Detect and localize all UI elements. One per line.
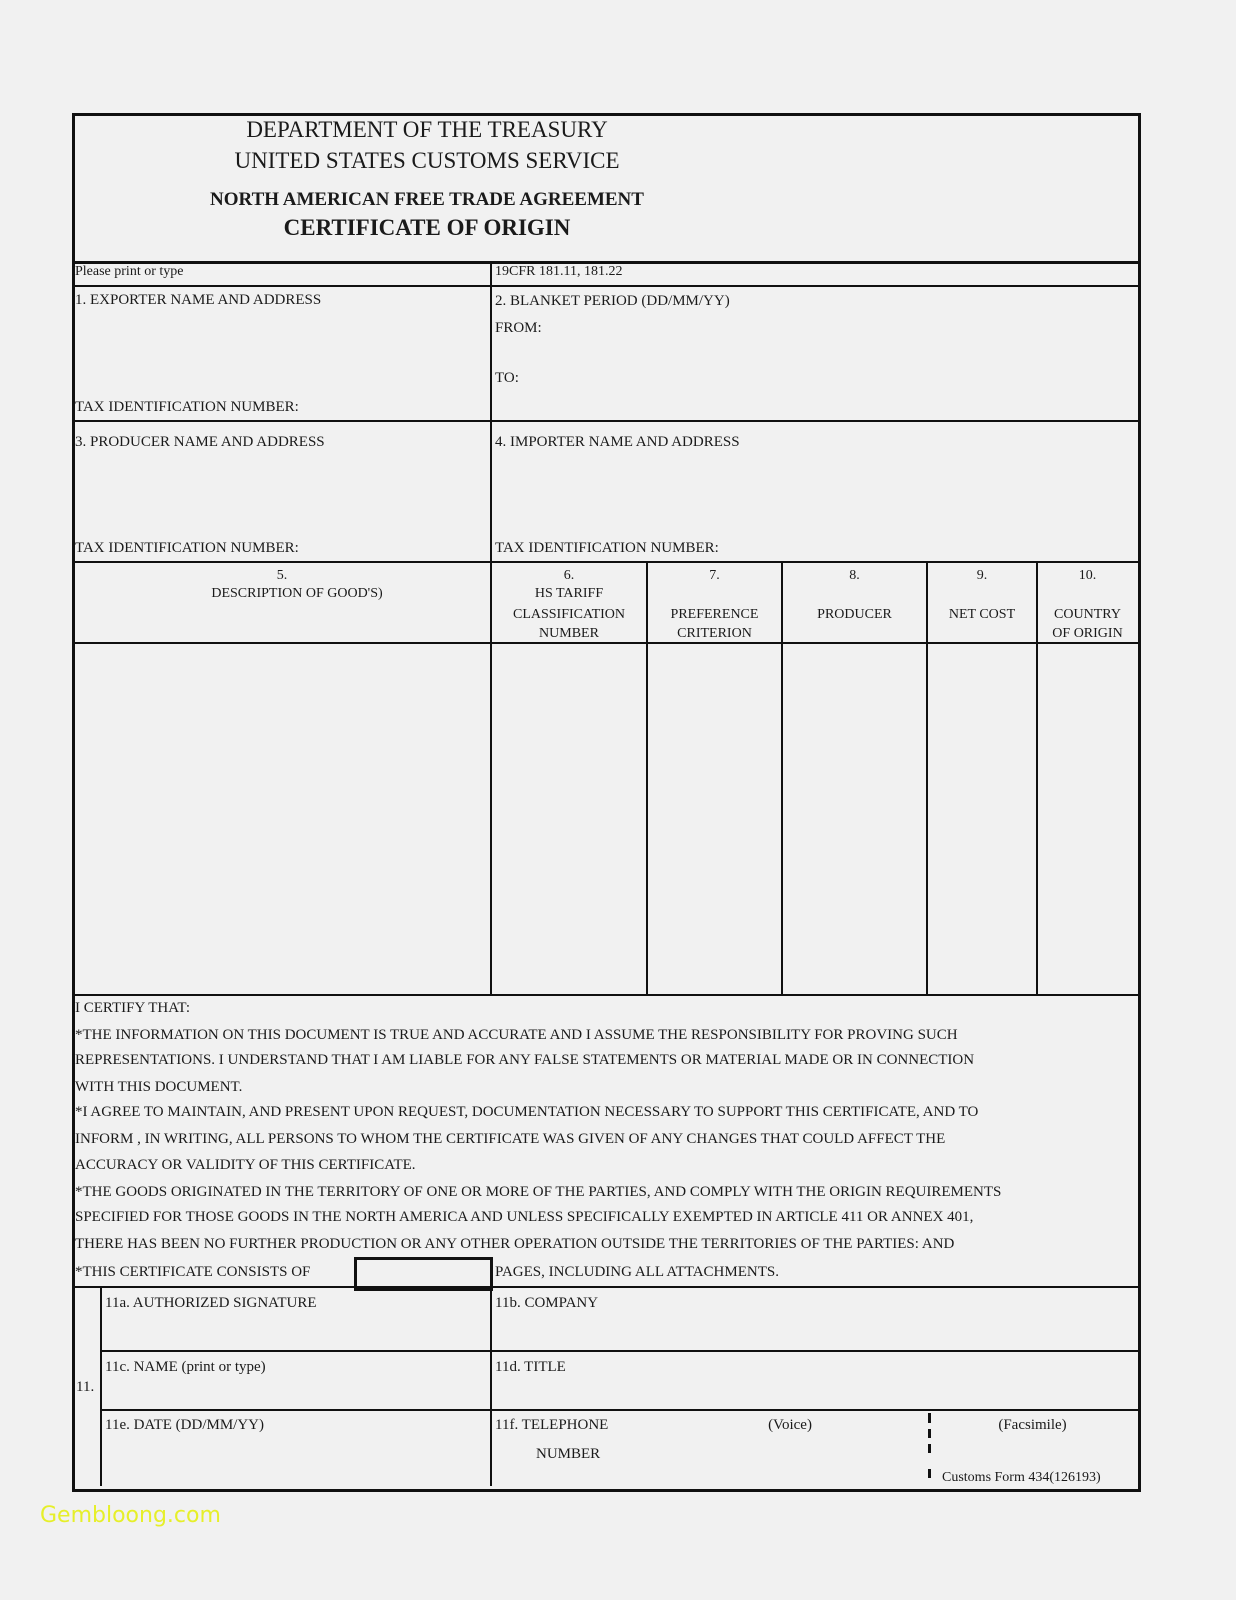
dashed-divider bbox=[928, 1469, 931, 1478]
col-6-label-3: NUMBER bbox=[492, 627, 646, 641]
exporter-label: 1. EXPORTER NAME AND ADDRESS bbox=[75, 293, 321, 308]
certify-line: INFORM , IN WRITING, ALL PERSONS TO WHOM… bbox=[75, 1132, 945, 1147]
blanket-from-input[interactable] bbox=[555, 318, 859, 342]
col-6-label-2: CLASSIFICATION bbox=[492, 608, 646, 622]
divider bbox=[72, 1286, 1138, 1288]
col-7-label-2: CRITERION bbox=[648, 627, 781, 641]
net-cost-input[interactable] bbox=[930, 647, 1036, 994]
producer-tax-id-label: TAX IDENTIFICATION NUMBER: bbox=[75, 541, 299, 556]
col-6-label-1: HS TARIFF bbox=[492, 587, 646, 601]
to-label: TO: bbox=[495, 371, 519, 386]
exporter-tax-id-label: TAX IDENTIFICATION NUMBER: bbox=[75, 400, 299, 415]
form-title: CERTIFICATE OF ORIGIN bbox=[72, 216, 782, 239]
company-input[interactable] bbox=[496, 1316, 1130, 1346]
certify-line: ACCURACY OR VALIDITY OF THIS CERTIFICATE… bbox=[75, 1158, 416, 1173]
certify-line: SPECIFIED FOR THOSE GOODS IN THE NORTH A… bbox=[75, 1210, 973, 1225]
dashed-divider bbox=[928, 1413, 931, 1423]
pages-prefix: *THIS CERTIFICATE CONSISTS OF bbox=[75, 1265, 310, 1280]
certify-line: WITH THIS DOCUMENT. bbox=[75, 1080, 242, 1095]
preference-criterion-input[interactable] bbox=[650, 647, 781, 994]
col-10-label-2: OF ORIGIN bbox=[1038, 627, 1137, 641]
header-agreement: NORTH AMERICAN FREE TRADE AGREEMENT bbox=[72, 190, 782, 209]
pages-count-input[interactable] bbox=[359, 1261, 488, 1285]
col-7-label-1: PREFERENCE bbox=[648, 608, 781, 622]
divider bbox=[490, 1286, 492, 1486]
certify-heading: I CERTIFY THAT: bbox=[75, 1001, 190, 1016]
col-9-number: 9. bbox=[928, 569, 1036, 583]
divider bbox=[100, 1286, 102, 1486]
facsimile-label: (Facsimile) bbox=[975, 1418, 1090, 1433]
goods-description-input[interactable] bbox=[76, 647, 490, 994]
col-8-label: PRODUCER bbox=[783, 608, 926, 622]
instruction-text: Please print or type bbox=[75, 265, 183, 279]
voice-label: (Voice) bbox=[740, 1418, 840, 1433]
dashed-divider bbox=[928, 1444, 931, 1453]
exporter-name-address-input[interactable] bbox=[76, 315, 490, 397]
date-label: 11e. DATE (DD/MM/YY) bbox=[105, 1418, 264, 1433]
country-of-origin-input[interactable] bbox=[1040, 647, 1137, 994]
hs-tariff-input[interactable] bbox=[494, 647, 646, 994]
form-number: Customs Form 434(126193) bbox=[942, 1471, 1101, 1485]
importer-name-address-input[interactable] bbox=[496, 458, 1130, 540]
certify-line: REPRESENTATIONS. I UNDERSTAND THAT I AM … bbox=[75, 1053, 974, 1068]
dashed-divider bbox=[928, 1429, 931, 1438]
header-department: DEPARTMENT OF THE TREASURY bbox=[72, 118, 782, 141]
title-label: 11d. TITLE bbox=[495, 1360, 566, 1375]
pages-suffix: PAGES, INCLUDING ALL ATTACHMENTS. bbox=[495, 1265, 779, 1280]
facsimile-input[interactable] bbox=[936, 1440, 1135, 1466]
importer-label: 4. IMPORTER NAME AND ADDRESS bbox=[495, 435, 740, 450]
blanket-period-label: 2. BLANKET PERIOD (DD/MM/YY) bbox=[495, 294, 730, 309]
telephone-label: 11f. TELEPHONE bbox=[495, 1418, 608, 1433]
certify-line: *THE INFORMATION ON THIS DOCUMENT IS TRU… bbox=[75, 1028, 958, 1043]
divider bbox=[490, 263, 492, 563]
certify-line: THERE HAS BEEN NO FURTHER PRODUCTION OR … bbox=[75, 1237, 954, 1252]
col-6-number: 6. bbox=[492, 569, 646, 583]
title-input[interactable] bbox=[496, 1380, 1130, 1406]
divider bbox=[72, 285, 1138, 287]
watermark: Gembloong.com bbox=[40, 1503, 221, 1528]
producer-name-address-input[interactable] bbox=[76, 458, 490, 540]
date-input[interactable] bbox=[106, 1440, 490, 1482]
divider bbox=[100, 1350, 1138, 1352]
certify-line: *THE GOODS ORIGINATED IN THE TERRITORY O… bbox=[75, 1185, 1001, 1200]
divider bbox=[72, 561, 1138, 563]
col-7-number: 7. bbox=[648, 569, 781, 583]
producer-column-input[interactable] bbox=[785, 647, 926, 994]
regulation-text: 19CFR 181.11, 181.22 bbox=[495, 265, 622, 279]
from-label: FROM: bbox=[495, 321, 542, 336]
producer-label: 3. PRODUCER NAME AND ADDRESS bbox=[75, 435, 325, 450]
divider bbox=[72, 420, 1138, 422]
col-10-label-1: COUNTRY bbox=[1038, 608, 1137, 622]
section-11-number: 11. bbox=[76, 1380, 94, 1395]
certify-line: *I AGREE TO MAINTAIN, AND PRESENT UPON R… bbox=[75, 1105, 978, 1120]
signature-input[interactable] bbox=[106, 1316, 490, 1346]
divider bbox=[72, 994, 1138, 996]
name-label: 11c. NAME (print or type) bbox=[105, 1360, 266, 1375]
importer-tax-id-label: TAX IDENTIFICATION NUMBER: bbox=[495, 541, 719, 556]
signature-label: 11a. AUTHORIZED SIGNATURE bbox=[105, 1296, 317, 1311]
telephone-label-number: NUMBER bbox=[536, 1447, 600, 1462]
divider bbox=[72, 642, 1138, 644]
header-agency: UNITED STATES CUSTOMS SERVICE bbox=[72, 149, 782, 172]
col-8-number: 8. bbox=[783, 569, 926, 583]
column-divider bbox=[781, 561, 783, 995]
voice-phone-input[interactable] bbox=[620, 1440, 924, 1482]
col-9-label: NET COST bbox=[928, 608, 1036, 622]
column-divider bbox=[926, 561, 928, 995]
col-10-number: 10. bbox=[1038, 569, 1137, 583]
blanket-to-input[interactable] bbox=[530, 368, 834, 392]
col-5-label: DESCRIPTION OF GOOD'S) bbox=[74, 587, 520, 601]
col-5-number: 5. bbox=[74, 569, 490, 583]
divider bbox=[100, 1409, 1138, 1411]
name-input[interactable] bbox=[106, 1380, 490, 1406]
company-label: 11b. COMPANY bbox=[495, 1296, 598, 1311]
